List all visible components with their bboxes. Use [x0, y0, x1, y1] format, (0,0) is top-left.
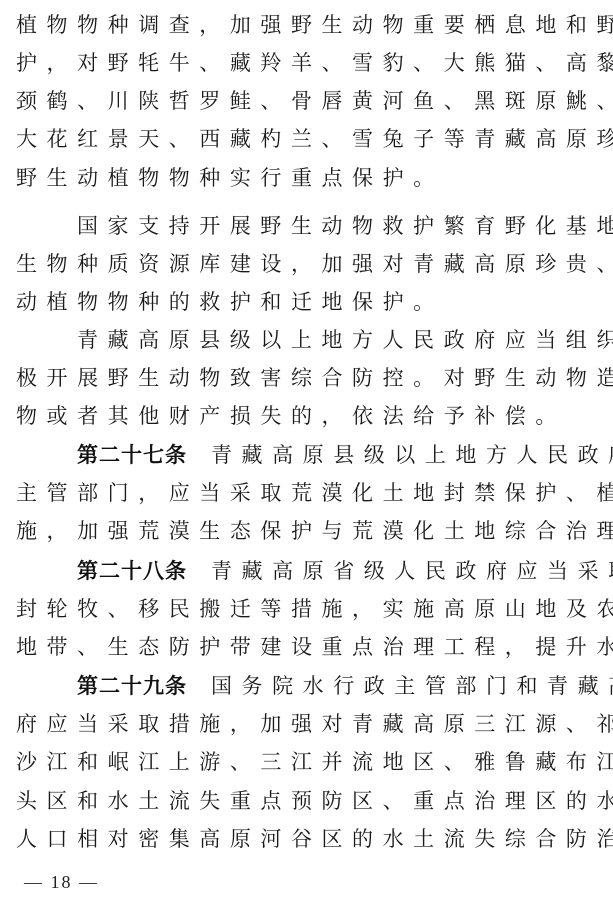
article-27-number: 第二十七条	[77, 443, 187, 467]
paragraph-1-line-3: 颈鹤、川陕哲罗鲑、骨唇黄河鱼、黑斑原鮡、扁吻鱼、尖裸鲤和	[16, 86, 606, 116]
article-28-number: 第二十八条	[77, 559, 187, 583]
article-28-text: 青藏高原省级人民政府应当采取封禁抚育、轮	[211, 559, 613, 583]
page-number: — 18 —	[24, 872, 99, 893]
article-28-line-2: 封轮牧、移民搬迁等措施，实施高原山地及农田风沙地带、河岸	[16, 594, 606, 624]
article-29-line-1: 第二十九条国务院水行政主管部门和青藏高原省级人民政	[77, 671, 613, 701]
paragraph-3-line-2: 极开展野生动物致害综合防控。对野生动物造成人员伤亡、农作	[16, 363, 606, 393]
paragraph-1-line-1: 植物物种调查，加强野生动物重要栖息地和野生植物原生境保	[16, 10, 606, 40]
article-27-line-3: 施，加强荒漠生态保护与荒漠化土地综合治理。	[16, 516, 606, 546]
document-page: 植物物种调查，加强野生动物重要栖息地和野生植物原生境保 护，对野牦牛、藏羚羊、雪…	[0, 0, 613, 906]
article-27-line-1: 第二十七条青藏高原县级以上地方人民政府及其林业草原	[77, 440, 613, 470]
article-28-line-1: 第二十八条青藏高原省级人民政府应当采取封禁抚育、轮	[77, 556, 613, 586]
article-29-line-2: 府应当采取措施，加强对青藏高原三江源、祁连山黑河流域、金	[16, 709, 606, 739]
article-29-line-5: 人口相对密集高原河谷区的水土流失综合防治。	[16, 824, 606, 854]
paragraph-1-line-4: 大花红景天、西藏杓兰、雪兔子等青藏高原珍贵、濒危或者特有	[16, 124, 606, 154]
article-29-number: 第二十九条	[77, 674, 187, 698]
article-27-text: 青藏高原县级以上地方人民政府及其林业草原	[211, 443, 613, 467]
article-29-line-3: 沙江和岷江上游、三江并流地区、雅鲁藏布江中游等重要江河源	[16, 747, 606, 777]
article-29-line-4: 头区和水土流失重点预防区、重点治理区的水土流失预防，加强	[16, 786, 606, 816]
paragraph-1-line-2: 护，对野牦牛、藏羚羊、雪豹、大熊猫、高黎贡白眉长臂猿、黑	[16, 48, 606, 78]
article-27-line-2: 主管部门，应当采取荒漠化土地封禁保护、植被保护与恢复等措	[16, 478, 606, 508]
paragraph-1-line-5: 野生动植物物种实行重点保护。	[16, 163, 606, 193]
paragraph-3-line-3: 物或者其他财产损失的，依法给予补偿。	[16, 401, 606, 431]
paragraph-3-line-1: 青藏高原县级以上地方人民政府应当组织有关部门和群众积	[77, 325, 613, 355]
paragraph-2-line-1: 国家支持开展野生动物救护繁育野化基地以及植物园、高原	[77, 211, 613, 241]
paragraph-2-line-2: 生物种质资源库建设，加强对青藏高原珍贵、濒危或者特有野生	[16, 249, 606, 279]
article-29-text: 国务院水行政主管部门和青藏高原省级人民政	[211, 674, 613, 698]
article-28-line-3: 地带、生态防护带建设重点治理工程，提升水土保持功能。	[16, 632, 606, 662]
paragraph-2-line-3: 动植物物种的救护和迁地保护。	[16, 287, 606, 317]
